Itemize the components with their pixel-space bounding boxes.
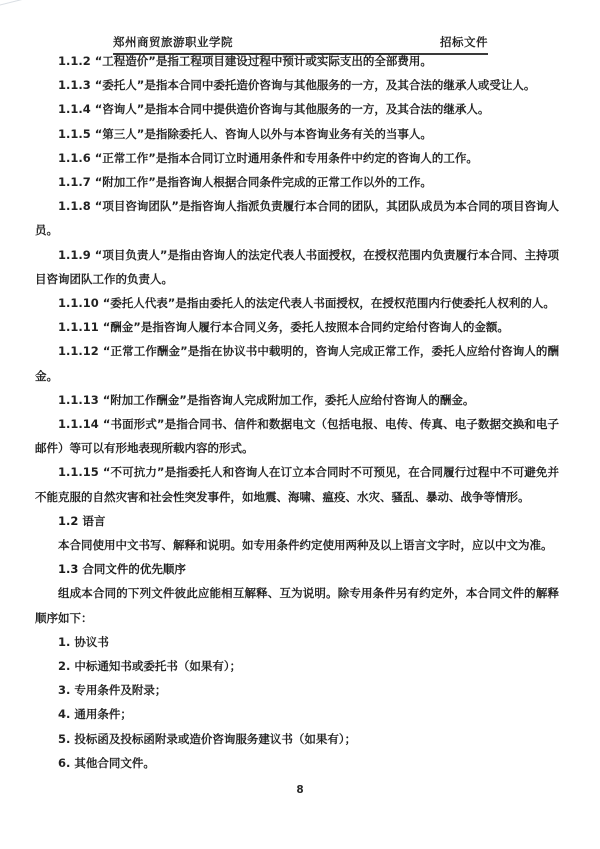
clause-1-1-3: 1.1.3 “委托人”是指本合同中委托造价咨询与其他服务的一方，及其合法的继承人… bbox=[35, 73, 559, 97]
priority-item-4: 4. 通用条件； bbox=[35, 702, 559, 726]
clause-1-1-11: 1.1.11 “酬金”是指咨询人履行本合同义务，委托人按照本合同约定给付咨询人的… bbox=[35, 315, 559, 339]
priority-item-3: 3. 专用条件及附录； bbox=[35, 678, 559, 702]
section-heading-language: 1.2 语言 bbox=[35, 509, 559, 533]
priority-item-1: 1. 协议书 bbox=[35, 630, 559, 654]
clause-1-1-10: 1.1.10 “委托人代表”是指由委托人的法定代表人书面授权，在授权范围内行使委… bbox=[35, 291, 559, 315]
clause-1-1-13: 1.1.13 “附加工作酬金”是指咨询人完成附加工作，委托人应给付咨询人的酬金。 bbox=[35, 388, 559, 412]
page-number: 8 bbox=[296, 784, 303, 796]
header-doc-type: 招标文件 bbox=[440, 34, 488, 50]
language-clause: 本合同使用中文书写、解释和说明。如专用条件约定使用两种及以上语言文字时，应以中文… bbox=[35, 533, 559, 557]
clause-1-1-12: 1.1.12 “正常工作酬金”是指在协议书中载明的，咨询人完成正常工作，委托人应… bbox=[35, 339, 559, 387]
section-heading-priority: 1.3 合同文件的优先顺序 bbox=[35, 557, 559, 581]
page-footer: 8 bbox=[0, 784, 600, 796]
header-organization: 郑州商贸旅游职业学院 bbox=[113, 34, 233, 50]
clause-1-1-9: 1.1.9 “项目负责人”是指由咨询人的法定代表人书面授权，在授权范围内负责履行… bbox=[35, 243, 559, 291]
clause-1-1-6: 1.1.6 “正常工作”是指本合同订立时通用条件和专用条件中约定的咨询人的工作。 bbox=[35, 146, 559, 170]
clause-1-1-5: 1.1.5 “第三人”是指除委托人、咨询人以外与本咨询业务有关的当事人。 bbox=[35, 122, 559, 146]
priority-item-2: 2. 中标通知书或委托书（如果有）； bbox=[35, 654, 559, 678]
clause-1-1-4: 1.1.4 “咨询人”是指本合同中提供造价咨询与其他服务的一方，及其合法的继承人… bbox=[35, 97, 559, 121]
clause-1-1-8: 1.1.8 “项目咨询团队”是指咨询人指派负责履行本合同的团队，其团队成员为本合… bbox=[35, 194, 559, 242]
clause-1-1-7: 1.1.7 “附加工作”是指咨询人根据合同条件完成的正常工作以外的工作。 bbox=[35, 170, 559, 194]
priority-item-5: 5. 投标函及投标函附录或造价咨询服务建议书（如果有）； bbox=[35, 727, 559, 751]
clause-1-1-15: 1.1.15 “不可抗力”是指委托人和咨询人在订立本合同时不可预见，在合同履行过… bbox=[35, 460, 559, 508]
clause-1-1-2: 1.1.2 “工程造价”是指工程项目建设过程中预计或实际支出的全部费用。 bbox=[35, 49, 559, 73]
priority-item-6: 6. 其他合同文件。 bbox=[35, 751, 559, 775]
document-body: 1.1.2 “工程造价”是指工程项目建设过程中预计或实际支出的全部费用。 1.1… bbox=[35, 49, 559, 775]
clause-1-1-14: 1.1.14 “书面形式”是指合同书、信件和数据电文（包括电报、电传、传真、电子… bbox=[35, 412, 559, 460]
priority-intro: 组成本合同的下列文件彼此应能相互解释、互为说明。除专用条件另有约定外，本合同文件… bbox=[35, 581, 559, 629]
scan-artifact bbox=[0, 0, 39, 7]
document-page: 郑州商贸旅游职业学院 招标文件 1.1.2 “工程造价”是指工程项目建设过程中预… bbox=[0, 0, 600, 849]
